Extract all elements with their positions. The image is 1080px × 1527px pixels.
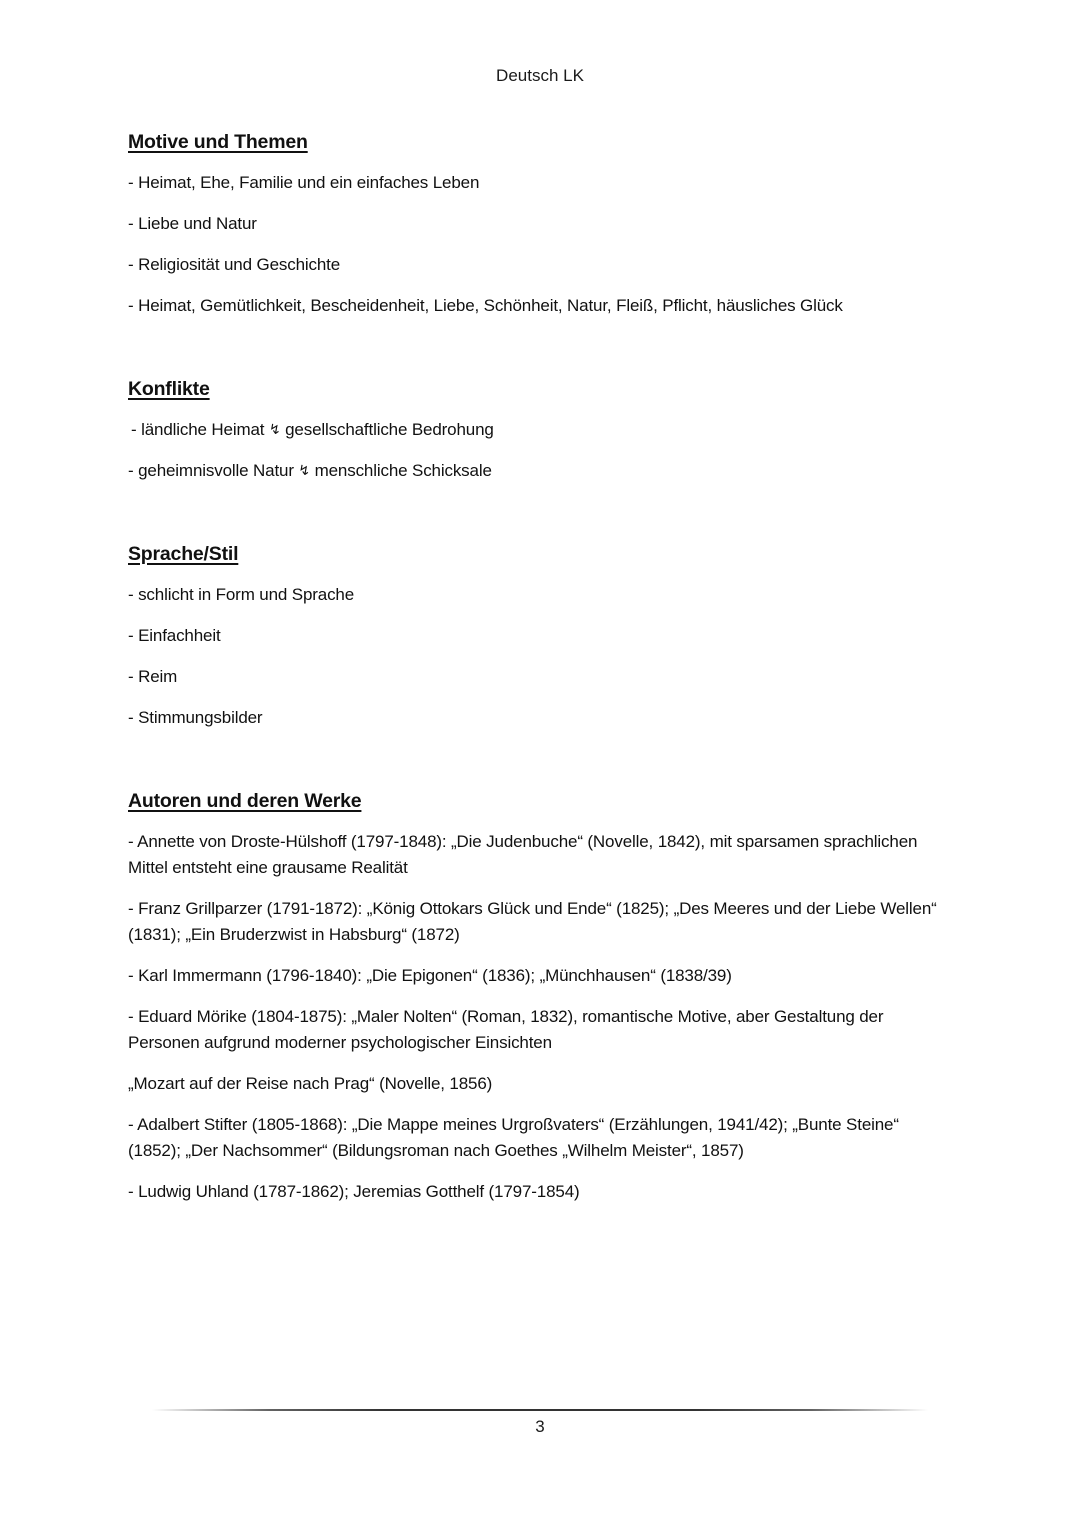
section-title-konflikte: Konflikte xyxy=(128,375,948,403)
list-item: - Heimat, Ehe, Familie und ein einfaches… xyxy=(128,170,948,196)
list-item: - Religiosität und Geschichte xyxy=(128,252,948,278)
author-entry: - Eduard Mörike (1804-1875): „Maler Nolt… xyxy=(128,1004,948,1056)
page-header: Deutsch LK xyxy=(0,64,1080,88)
section-title-autoren: Autoren und deren Werke xyxy=(128,787,948,815)
list-item: - Einfachheit xyxy=(128,623,948,649)
conflict-right: menschliche Schicksale xyxy=(315,461,492,480)
conflict-left: - ländliche Heimat xyxy=(131,420,264,439)
author-entry: - Adalbert Stifter (1805-1868): „Die Map… xyxy=(128,1112,948,1164)
section-title-sprache: Sprache/Stil xyxy=(128,540,948,568)
list-item: - Liebe und Natur xyxy=(128,211,948,237)
author-entry: - Karl Immermann (1796-1840): „Die Epigo… xyxy=(128,963,948,989)
page-number: 3 xyxy=(0,1415,1080,1439)
conflict-left: - geheimnisvolle Natur xyxy=(128,461,294,480)
section-sprache: Sprache/Stil - schlicht in Form und Spra… xyxy=(128,540,948,731)
conflict-right: gesellschaftliche Bedrohung xyxy=(285,420,494,439)
list-item: - Heimat, Gemütlichkeit, Bescheidenheit,… xyxy=(128,293,948,319)
author-entry: „Mozart auf der Reise nach Prag“ (Novell… xyxy=(128,1071,948,1097)
conflict-item: - geheimnisvolle Natur ↯ menschliche Sch… xyxy=(128,458,948,484)
contradiction-icon: ↯ xyxy=(269,417,281,443)
contradiction-icon: ↯ xyxy=(298,458,310,484)
list-item: - Reim xyxy=(128,664,948,690)
list-item: - schlicht in Form und Sprache xyxy=(128,582,948,608)
section-title-motive: Motive und Themen xyxy=(128,128,948,156)
section-autoren: Autoren und deren Werke - Annette von Dr… xyxy=(128,787,948,1205)
document-body: Motive und Themen - Heimat, Ehe, Familie… xyxy=(128,128,948,1205)
author-entry: - Franz Grillparzer (1791-1872): „König … xyxy=(128,896,948,948)
list-item: - Stimmungsbilder xyxy=(128,705,948,731)
footer-divider xyxy=(152,1409,928,1411)
author-entry: - Annette von Droste-Hülshoff (1797-1848… xyxy=(128,829,948,881)
section-konflikte: Konflikte - ländliche Heimat ↯ gesellsch… xyxy=(128,375,948,484)
author-entry: - Ludwig Uhland (1787-1862); Jeremias Go… xyxy=(128,1179,948,1205)
conflict-item: - ländliche Heimat ↯ gesellschaftliche B… xyxy=(128,417,948,443)
section-motive: Motive und Themen - Heimat, Ehe, Familie… xyxy=(128,128,948,319)
